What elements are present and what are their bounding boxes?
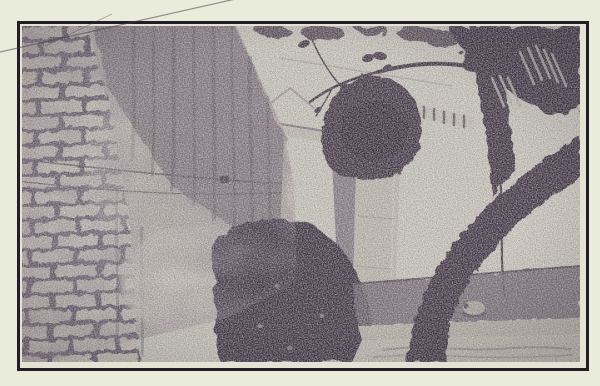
vignette-overlay <box>22 26 580 362</box>
paper-background <box>0 0 600 386</box>
photograph <box>22 26 580 362</box>
photo-frame <box>17 21 589 371</box>
photo-scene <box>22 26 580 362</box>
